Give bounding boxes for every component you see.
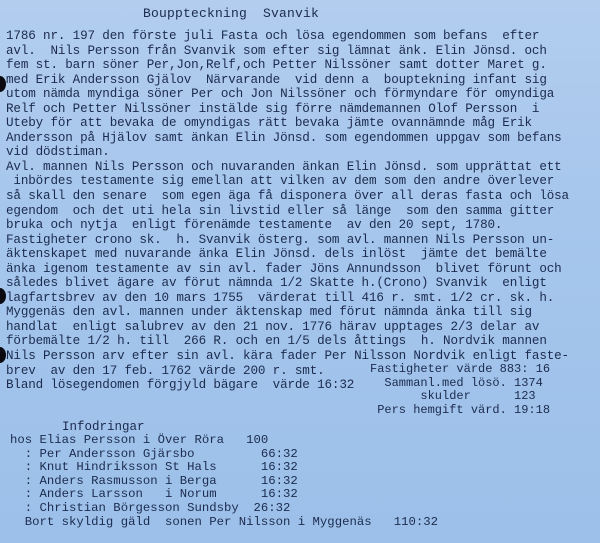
text-line: utom nämda myndiga söner Per och Jon Nil… xyxy=(6,87,600,102)
summary-line: Fastigheter värde 883: 16 xyxy=(370,363,600,377)
text-line: 1786 nr. 197 den förste juli Fasta och l… xyxy=(6,29,600,44)
document-title: Bouppteckning Svanvik xyxy=(143,6,319,21)
text-line: egendom och det uti hela sin livstid ell… xyxy=(6,204,600,219)
text-line: äktenskapet med nuvarande änka Elin Jöns… xyxy=(6,247,600,262)
claim-row: : Per Andersson Gjärsbo 66:32 xyxy=(10,448,570,462)
text-line: bruka och nytja enligt förenämde testame… xyxy=(6,218,600,233)
value-summary: Fastigheter värde 883: 16 Sammanl.med lö… xyxy=(370,363,600,417)
text-line: Fastigheter crono sk. h. Svanvik österg.… xyxy=(6,233,600,248)
text-line: änka igenom testamente av sin avl. fader… xyxy=(6,262,600,277)
claim-row: : Anders Rasmusson i Berga 16:32 xyxy=(10,475,570,489)
text-line: lagfartsbrev av den 10 mars 1755 värdera… xyxy=(6,291,600,306)
claim-row: Bort skyldig gäld sonen Per Nilsson i My… xyxy=(10,516,570,530)
claim-row: : Knut Hindriksson St Hals 16:32 xyxy=(10,461,570,475)
claim-row: hos Elias Persson i Över Röra 100 xyxy=(10,434,570,448)
claims-section: Infodringar hos Elias Persson i Över Rör… xyxy=(10,420,570,529)
text-line: fem st. barn söner Per,Jon,Relf,och Pett… xyxy=(6,58,600,73)
summary-line: skulder 123 xyxy=(370,390,600,404)
claims-heading: Infodringar xyxy=(62,420,570,434)
text-line: handlat enligt salubrev av den 21 nov. 1… xyxy=(6,320,600,335)
text-line: Andersson på Hjälov samt änkan Elin Jöns… xyxy=(6,131,600,146)
text-line: således blivet ägare av förut nämnda 1/2… xyxy=(6,276,600,291)
document-page: Bouppteckning Svanvik 1786 nr. 197 den f… xyxy=(0,0,600,543)
document-body: 1786 nr. 197 den förste juli Fasta och l… xyxy=(6,29,600,393)
claim-row: : Christian Börgesson Sundsby 26:32 xyxy=(10,502,570,516)
summary-line: Sammanl.med lösö. 1374 xyxy=(370,377,600,391)
text-line: med Erik Andersson Gjälov Närvarande vid… xyxy=(6,73,600,88)
text-line: så skall den senare som egen äga få disp… xyxy=(6,189,600,204)
text-line: inbördes testamente sig emellan att vilk… xyxy=(6,174,600,189)
claim-row: : Anders Larsson i Norum 16:32 xyxy=(10,488,570,502)
summary-line: Pers hemgift värd. 19:18 xyxy=(370,404,600,418)
text-line: avl. Nils Persson från Svanvik som efter… xyxy=(6,44,600,59)
text-line: Myggenäs den avl. mannen under äktenskap… xyxy=(6,305,600,320)
text-line: Relf och Petter Nilssöner instälde sig f… xyxy=(6,102,600,117)
text-line: vid dödstiman. xyxy=(6,145,600,160)
text-line: Avl. mannen Nils Persson och nuvaranden … xyxy=(6,160,600,175)
text-line: förbemälte 1/2 h. till 266 R. och en 1/5… xyxy=(6,334,600,349)
claims-list: hos Elias Persson i Över Röra 100 : Per … xyxy=(10,434,570,529)
text-line: Uteby för att bevaka de omyndigas rätt b… xyxy=(6,116,600,131)
